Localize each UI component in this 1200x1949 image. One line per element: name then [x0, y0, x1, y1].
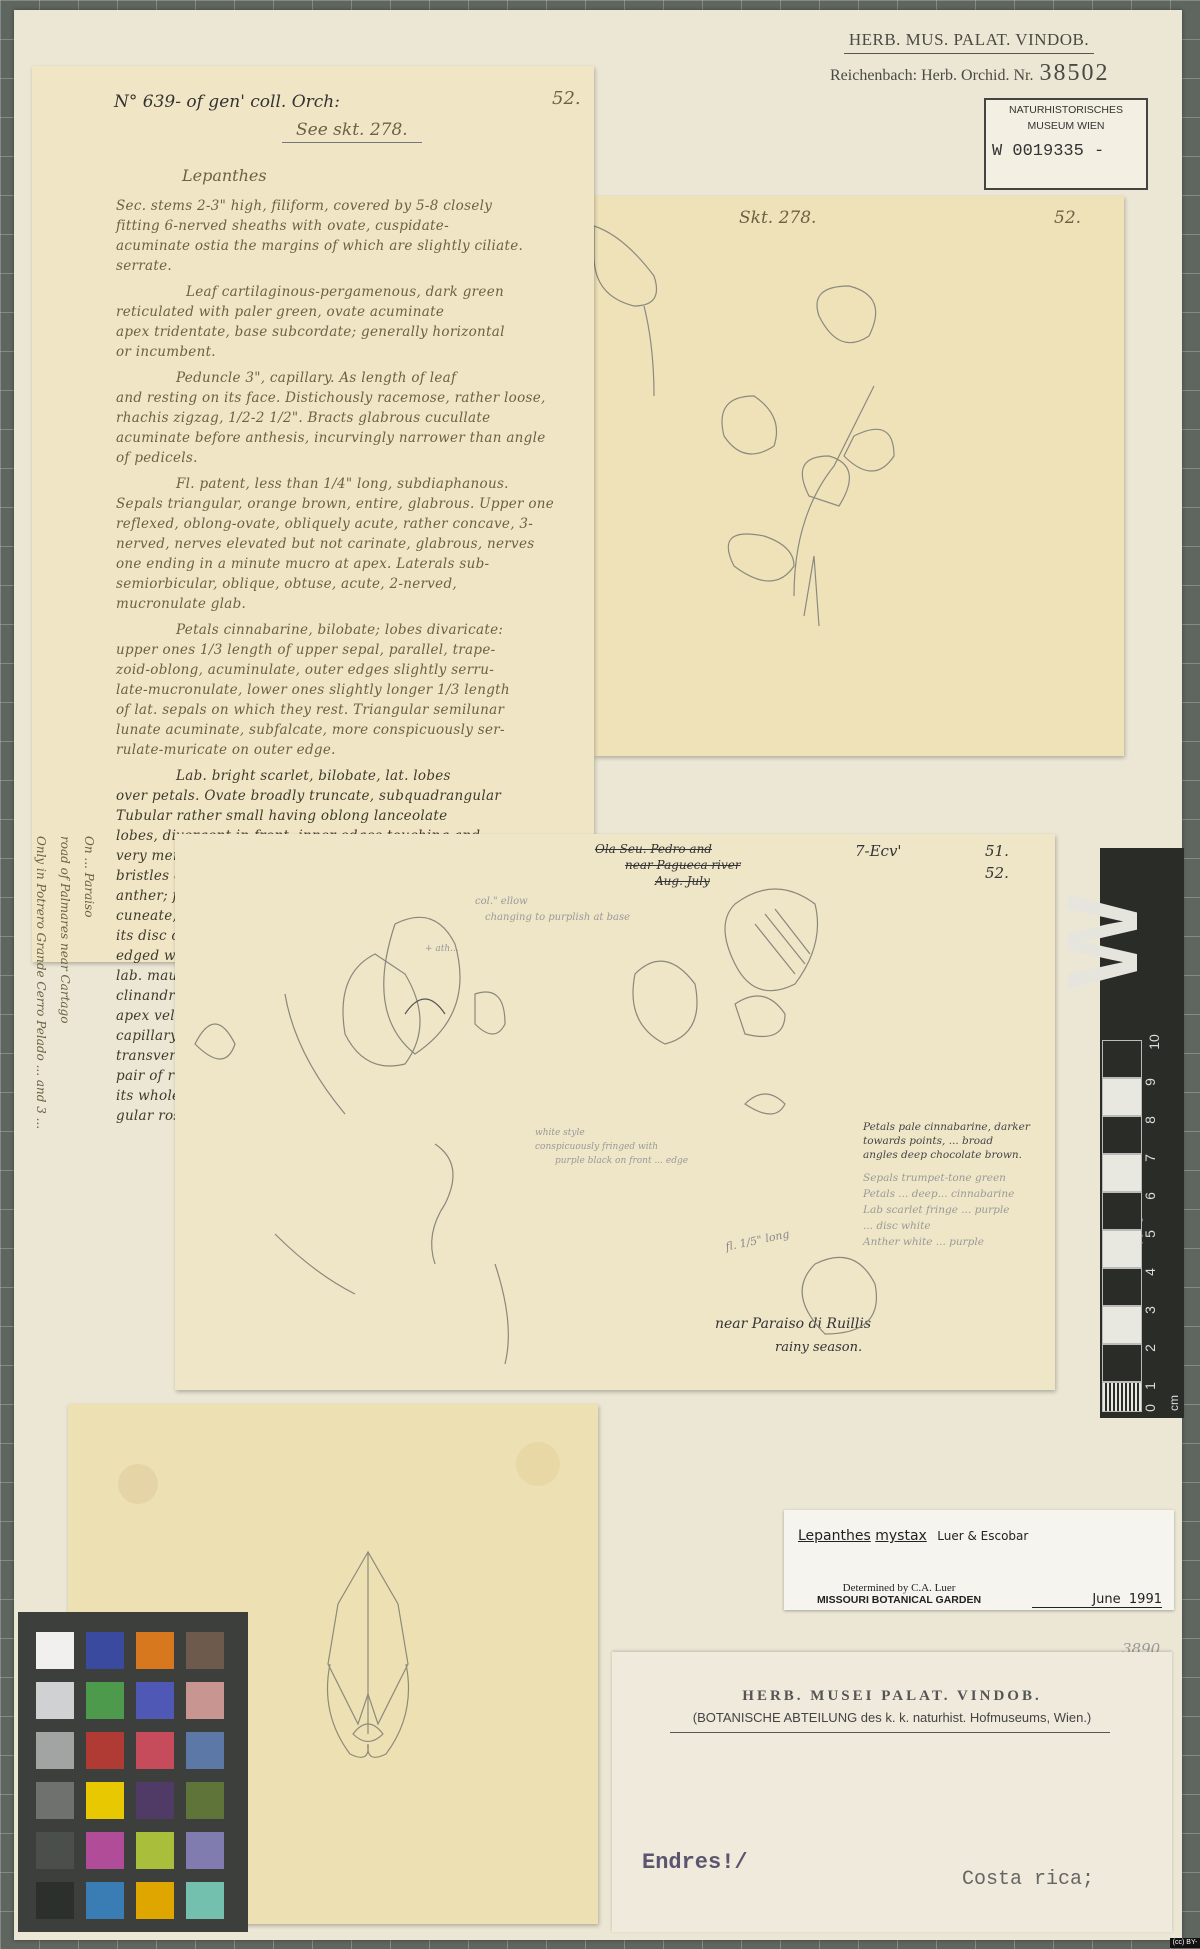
margin-notes: Only in Potrero Grande Cerro Pelado ... …	[48, 396, 68, 916]
color-patch	[136, 1732, 174, 1769]
taxon-name: Lepanthes mystax Luer & Escobar	[798, 1528, 1028, 1544]
determination-date: June 1991	[1032, 1592, 1162, 1608]
taxon-authors: Luer & Escobar	[937, 1529, 1028, 1543]
determination-label: Lepanthes mystax Luer & Escobar Determin…	[784, 1510, 1174, 1610]
color-patch	[136, 1832, 174, 1869]
institution-header: HERB. MUS. PALAT. VINDOB.	[844, 30, 1094, 54]
locality: Costa rica;	[962, 1868, 1094, 1891]
color-patch	[86, 1632, 124, 1669]
flower-dissection-sketch-icon	[175, 834, 1055, 1390]
sketch-sheet-middle: Ola Seu. Pedro and near Pagueca river Au…	[175, 834, 1055, 1390]
determiner: Determined by C.A. Luer MISSOURI BOTANIC…	[814, 1582, 984, 1606]
color-checker	[18, 1612, 248, 1932]
color-patch	[186, 1782, 224, 1819]
tick-8: 8	[1142, 1116, 1158, 1124]
stamp-line-2: MUSEUM WIEN	[986, 120, 1146, 132]
museum-barcode-stamp: NATURHISTORISCHES MUSEUM WIEN W 0019335 …	[984, 98, 1148, 190]
w-logo: W	[1067, 917, 1200, 989]
color-patch	[186, 1882, 224, 1919]
tick-2: 2	[1142, 1344, 1158, 1352]
color-patch	[86, 1832, 124, 1869]
reichenbach-line: Reichenbach: Herb. Orchid. Nr.38502	[830, 60, 1170, 87]
color-patch	[86, 1732, 124, 1769]
herbarium-label: HERB. MUSEI PALAT. VINDOB. (BOTANISCHE A…	[612, 1652, 1172, 1932]
reichenbach-number: 38502	[1039, 60, 1109, 86]
tick-0: 0	[1142, 1404, 1158, 1412]
tick-5: 5	[1142, 1230, 1158, 1238]
institution-stamp: HERB. MUS. PALAT. VINDOB. Reichenbach: H…	[830, 30, 1170, 87]
color-patch	[36, 1732, 74, 1769]
color-patch	[86, 1682, 124, 1719]
color-patch	[36, 1882, 74, 1919]
letter-header: N° 639- of gen' coll. Orch:	[114, 92, 340, 112]
tick-1: 1	[1142, 1382, 1158, 1390]
tick-3: 3	[1142, 1306, 1158, 1314]
stamp-line-1: NATURHISTORISCHES	[986, 104, 1146, 116]
color-patch	[136, 1782, 174, 1819]
species-name: mystax	[875, 1528, 927, 1544]
tick-10: 10	[1146, 1034, 1162, 1050]
color-patch	[36, 1682, 74, 1719]
unit-label: cm	[1167, 1395, 1181, 1411]
color-patch	[86, 1882, 124, 1919]
color-patch	[186, 1632, 224, 1669]
scale-bar: W copyright reserved 10 9 8 7 6 5 4 3 2 …	[1100, 848, 1184, 1418]
collector: Endres!/	[642, 1850, 748, 1875]
tick-7: 7	[1142, 1154, 1158, 1162]
color-patch	[36, 1832, 74, 1869]
leaf-sketch-icon	[594, 196, 1124, 756]
tick-9: 9	[1142, 1078, 1158, 1086]
garden-name: MISSOURI BOTANICAL GARDEN	[814, 1594, 984, 1606]
color-patch	[186, 1682, 224, 1719]
sketch-sheet-top: Skt. 278. 52.	[594, 196, 1124, 756]
color-patch	[136, 1682, 174, 1719]
herbarium-label-title: HERB. MUSEI PALAT. VINDOB.	[612, 1688, 1172, 1705]
color-patch	[186, 1832, 224, 1869]
tick-6: 6	[1142, 1192, 1158, 1200]
genus-name: Lepanthes	[798, 1528, 871, 1544]
herbarium-label-subtitle: (BOTANISCHE ABTEILUNG des k. k. naturhis…	[612, 1710, 1172, 1725]
handwritten-description: N° 639- of gen' coll. Orch: 52. See skt.…	[32, 66, 594, 962]
letter-ref: See skt. 278.	[282, 120, 422, 143]
tick-4: 4	[1142, 1268, 1158, 1276]
letter-page-mark: 52.	[552, 88, 581, 109]
color-patch	[186, 1732, 224, 1769]
color-patch	[86, 1782, 124, 1819]
label-divider	[670, 1732, 1110, 1733]
color-patch	[136, 1882, 174, 1919]
barcode-id: W 0019335 -	[992, 142, 1146, 161]
color-patch	[136, 1632, 174, 1669]
license-badge: (cc) BY-SA	[1170, 1938, 1200, 1948]
color-patch	[36, 1782, 74, 1819]
genus-heading: Lepanthes	[182, 166, 267, 185]
color-patch	[36, 1632, 74, 1669]
